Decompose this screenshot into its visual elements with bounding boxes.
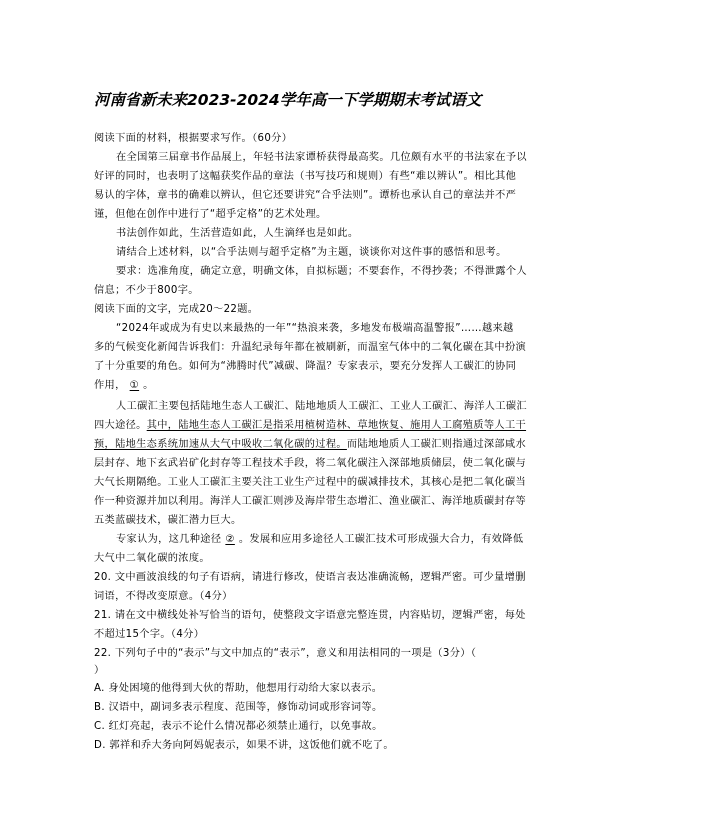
text-segment: 专家认为，这几种途径	[116, 534, 221, 545]
text-line: 阅读下面的材料，根据要求写作。（60分）	[94, 132, 292, 146]
text-line: 人工碳汇主要包括陆地生态人工碳汇、陆地地质人工碳汇、工业人工碳汇、海洋人工碳汇	[116, 400, 527, 414]
question-22-cont: ）	[94, 664, 105, 678]
text-line: 大气中二氧化碳的浓度。	[94, 552, 210, 566]
text-line: 五类蓝碳技术，碳汇潜力巨大。	[94, 514, 242, 528]
question-20-cont: 词语，不得改变原意。（4分）	[94, 590, 233, 604]
text-segment: 作用，	[94, 380, 126, 391]
option-c: C. 红灯亮起，表示不论什么情况都必须禁止通行，以免事故。	[94, 720, 383, 734]
text-line: 信息；不少于800字。	[94, 284, 199, 298]
text-line: 易认的字体，章书的确难以辨认，但它还要讲究“合乎法则”。谭桥也承认自己的章法并不…	[94, 189, 516, 203]
option-d: D. 郭祥和乔大务向阿妈妮表示，如果不讲，这饭他们就不吃了。	[94, 739, 394, 753]
underlined-sentence-line: 四大途径。其中，陆地生态人工碳汇是指采用植树造林、草地恢复、施用人工腐殖质等人工…	[94, 419, 526, 433]
text-segment: 。发展和应用多途径人工碳汇技术可形成强大合力，有效降低	[239, 534, 524, 545]
blank-line-1: 作用，①。	[94, 379, 154, 393]
text-segment: 。	[143, 380, 154, 391]
text-line: 请结合上述材料，以“合乎法则与超乎定格”为主题，谈谈你对这件事的感悟和思考。	[116, 246, 507, 260]
question-21: 21. 请在文中横线处补写恰当的语句，使整段文字语意完整连贯，内容贴切，逻辑严密…	[94, 609, 526, 623]
document-page: 河南省新未来2023-2024学年高一下学期期末考试语文 阅读下面的材料，根据要…	[0, 0, 718, 825]
text-line: 阅读下面的文字，完成20～22题。	[94, 303, 258, 317]
option-b: B. 汉语中，副词多表示程度、范围等，修饰动词或形容词等。	[94, 701, 383, 715]
text-line: 谨，但他在创作中进行了“超乎定格”的艺术处理。	[94, 208, 327, 222]
question-20: 20. 文中画波浪线的句子有语病，请进行修改，使语言表达准确流畅，逻辑严密。可少…	[94, 571, 526, 585]
text-line: 层封存、地下玄武岩矿化封存等工程技术手段，将二氧化碳注入深部地质储层，使二氧化碳…	[94, 457, 526, 471]
text-line: 在全国第三届章书作品展上，年轻书法家谭桥获得最高奖。几位颇有水平的书法家在予以	[116, 151, 527, 165]
text-line: “2024年或成为有史以来最热的一年”“热浪来袭，多地发布极端高温警报”……越来…	[116, 322, 514, 336]
text-segment: 四大途径。	[94, 420, 147, 431]
fill-in-blank-2[interactable]: ②	[221, 533, 238, 547]
text-line: 作一种资源并加以利用。海洋人工碳汇则涉及海岸带生态增汇、渔业碳汇、海洋地质碳封存…	[94, 495, 526, 509]
text-line: 大气长期隔绝。工业人工碳汇主要关注工业生产过程中的碳减排技术，其核心是把二氧化碳…	[94, 476, 526, 490]
text-line: 多的气候变化新闻告诉我们：升温纪录每年都在被刷新，而温室气体中的二氧化碳在其中扮…	[94, 341, 526, 355]
option-a: A. 身处困境的他得到大伙的帮助，他想用行动给大家以表示。	[94, 682, 382, 696]
question-22: 22. 下列句子中的“表示”与文中加点的“表示”，意义和用法相同的一项是（3分）…	[94, 647, 476, 661]
wavy-underlined-text: 其中，陆地生态人工碳汇是指采用植树造林、草地恢复、施用人工腐殖质等人工干	[147, 420, 526, 431]
underlined-sentence-line: 预，陆地生态系统加速从大气中吸收二氧化碳的过程。而陆地地质人工碳汇则指通过深部咸…	[94, 438, 526, 452]
text-segment: 而陆地地质人工碳汇则指通过深部咸水	[347, 439, 526, 450]
text-line: 书法创作如此，生活营造如此，人生滴绎也是如此。	[116, 227, 358, 241]
text-line: 要求：选准角度，确定立意，明确文体，自拟标题；不要套作，不得抄袭；不得泄露个人	[116, 265, 527, 279]
fill-in-blank-1[interactable]: ①	[126, 379, 143, 393]
document-title: 河南省新未来2023-2024学年高一下学期期末考试语文	[94, 88, 481, 110]
wavy-underlined-text: 预，陆地生态系统加速从大气中吸收二氧化碳的过程。	[94, 439, 347, 450]
text-line: 了十分重要的角色。如何为“沸腾时代”减碳、降温？专家表示，要充分发挥人工碳汇的协…	[94, 360, 516, 374]
question-21-cont: 不超过15个字。（4分）	[94, 628, 204, 642]
blank-line-2: 专家认为，这几种途径②。发展和应用多途径人工碳汇技术可形成强大合力，有效降低	[116, 533, 523, 547]
text-line: 好评的同时，也表明了这幅获奖作品的章法（书写技巧和规则）有些“难以辨认”。相比其…	[94, 170, 516, 184]
